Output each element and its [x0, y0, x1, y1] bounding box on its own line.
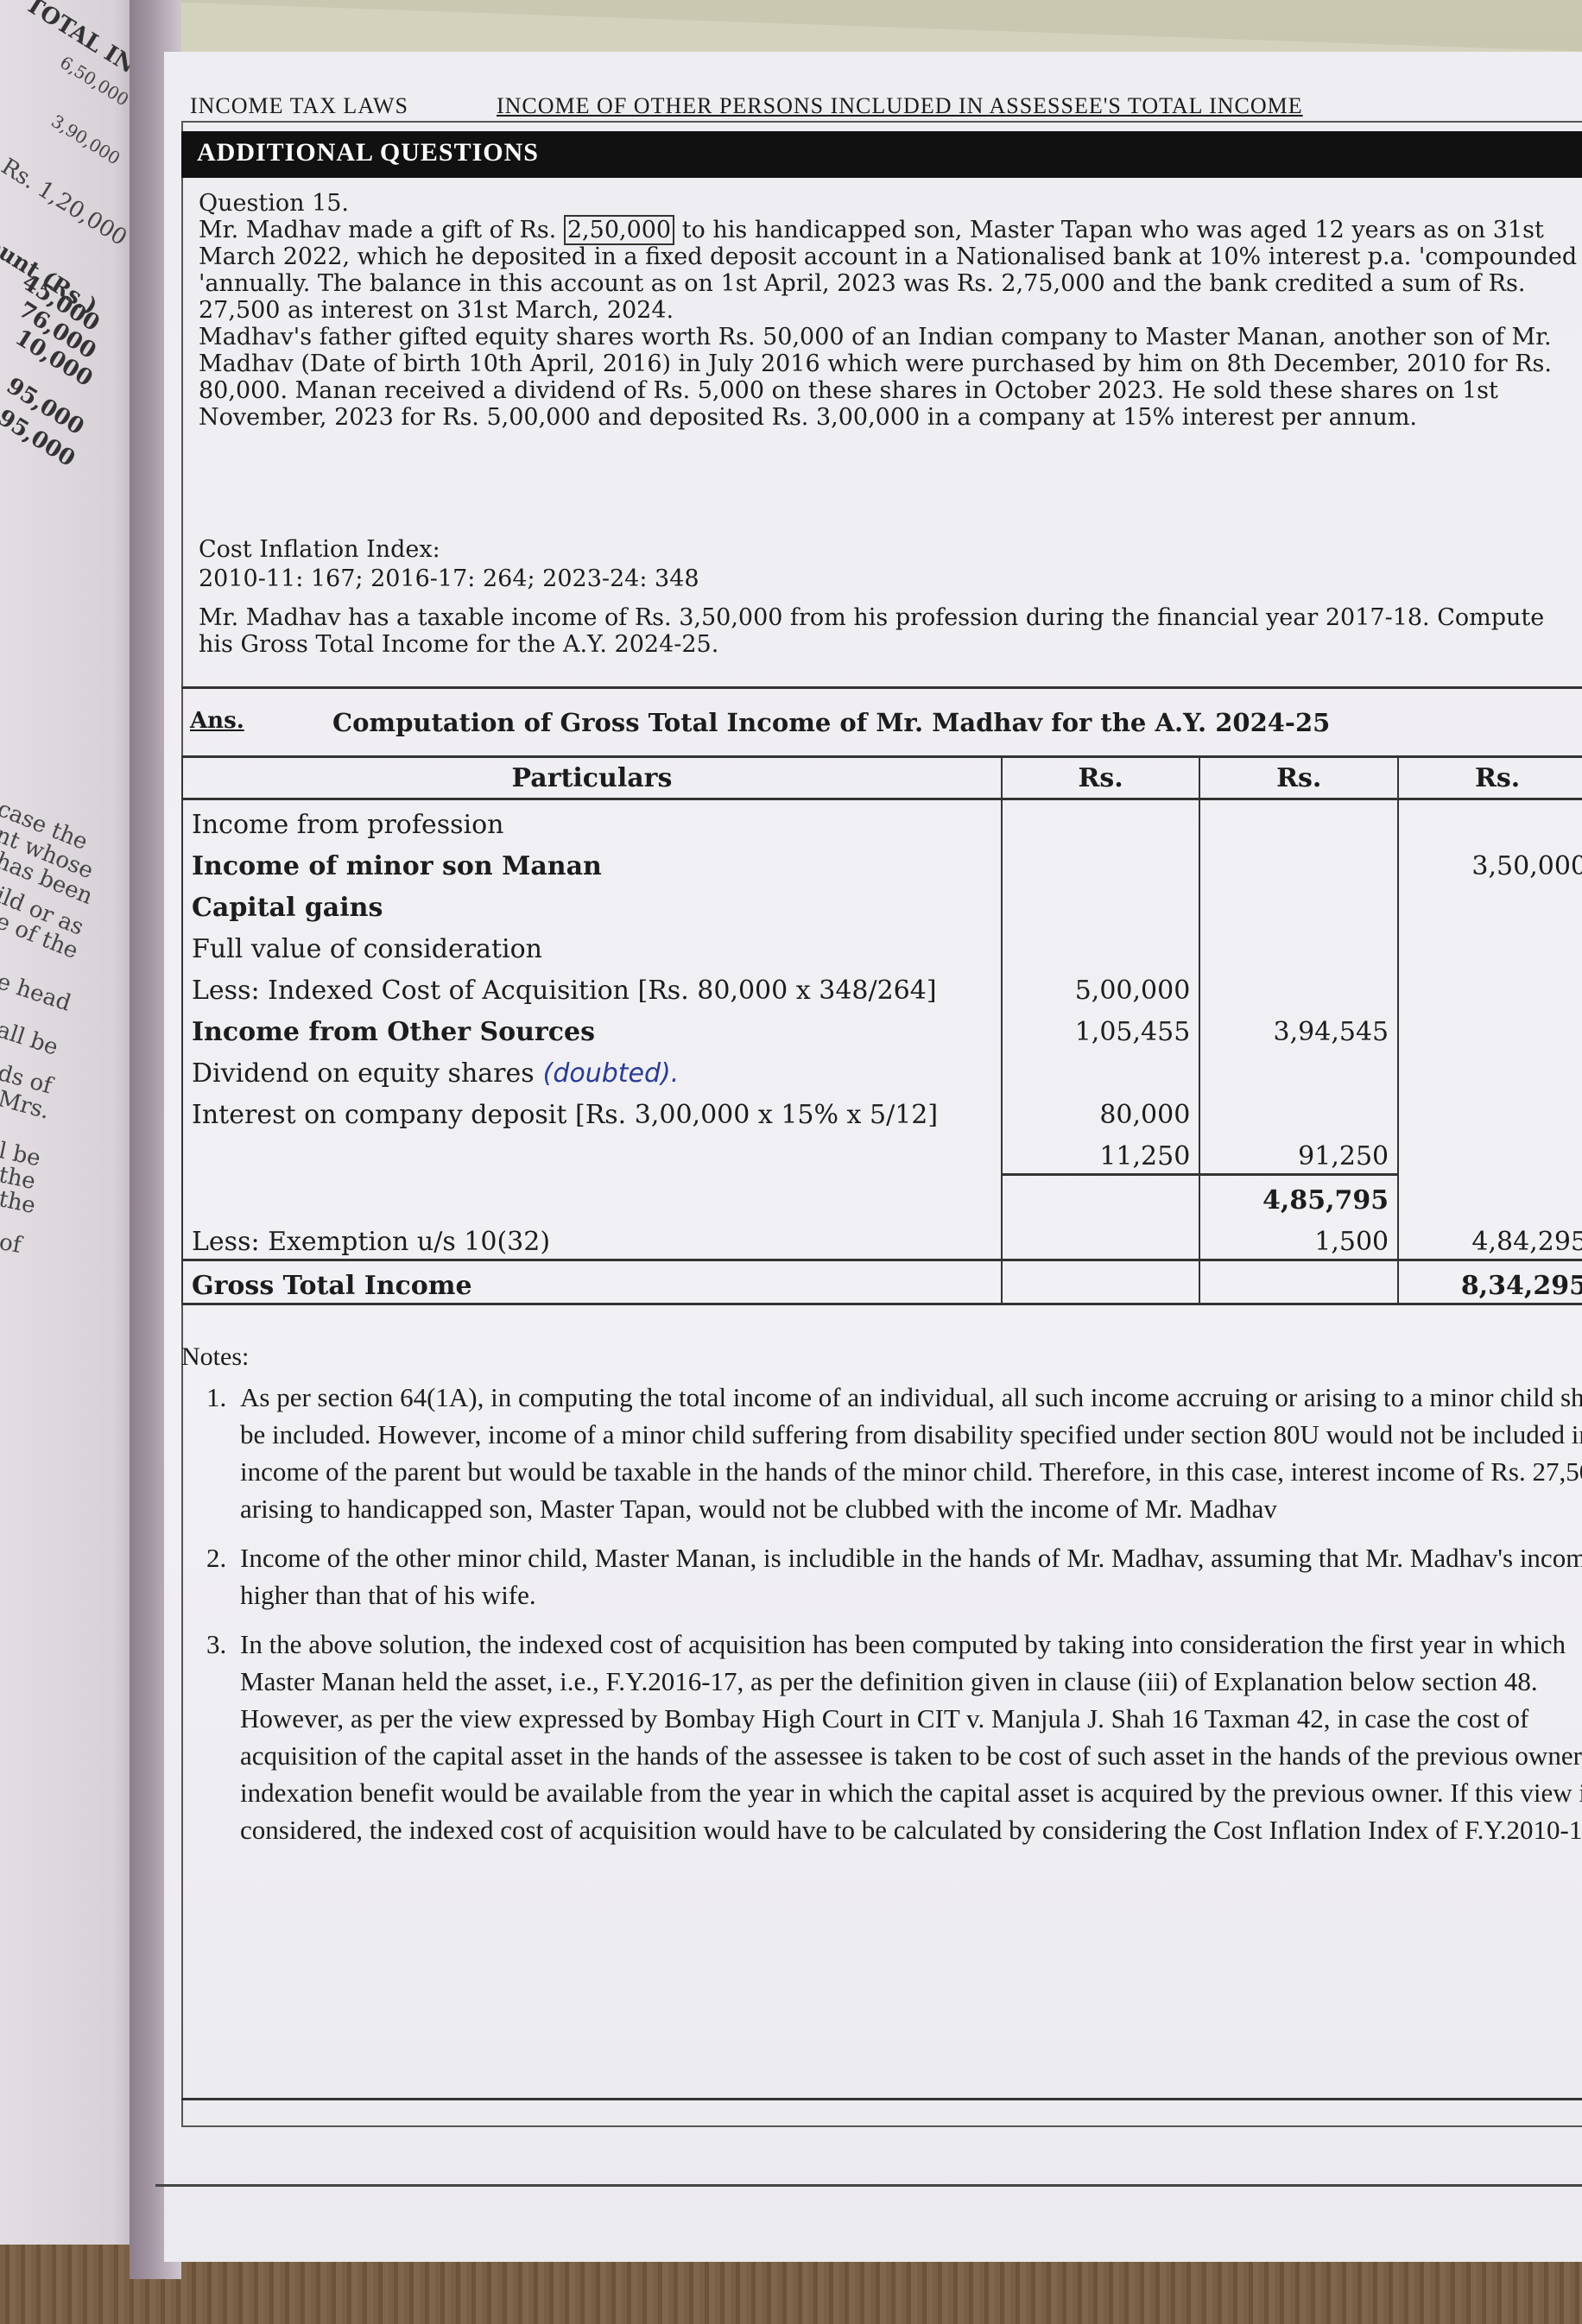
amount-cell: 1,500 [1199, 1217, 1398, 1260]
question-number: Question 15. [199, 190, 1580, 217]
amount-cell [1199, 799, 1398, 843]
table-row: Income from profession [182, 799, 1582, 843]
prev-fragment: of [0, 1229, 23, 1259]
particulars-text: Less: Indexed Cost of Acquisition [Rs. 8… [192, 976, 937, 1006]
table-row: Income of minor son Manan3,50,000 [182, 842, 1582, 883]
table-row: Less: Indexed Cost of Acquisition [Rs. 8… [182, 966, 1582, 1007]
amount-cell [1002, 883, 1199, 925]
note-item: Income of the other minor child, Master … [233, 1539, 1582, 1614]
amount-cell: 91,250 [1199, 1132, 1398, 1175]
question-text: Mr. Madhav made a gift of Rs. [199, 217, 556, 243]
particulars-text: Income from profession [192, 810, 504, 840]
amount-cell [1398, 883, 1582, 925]
amount-cell [1002, 799, 1199, 843]
prev-fragment: e head [0, 969, 74, 1017]
particulars-cell: Dividend on equity shares(doubted). [182, 1049, 1002, 1090]
table-row: 11,25091,250 [182, 1132, 1582, 1175]
particulars-text: Less: Exemption u/s 10(32) [192, 1227, 550, 1257]
table-row: 4,85,795 [182, 1175, 1582, 1218]
amount-cell [1002, 925, 1199, 966]
amount-cell: 4,85,795 [1199, 1175, 1398, 1218]
column-header: Particulars [182, 757, 1002, 799]
particulars-cell [182, 1175, 1002, 1218]
notes-heading: Notes: [181, 1338, 1582, 1375]
amount-cell: 3,50,000 [1398, 842, 1582, 883]
amount-cell [1002, 1049, 1199, 1090]
column-header: Rs. [1002, 757, 1199, 799]
computation-table: Particulars Rs. Rs. Rs. Income from prof… [181, 755, 1582, 1305]
particulars-text: Dividend on equity shares [192, 1058, 535, 1089]
question-para-3: Mr. Madhav has a taxable income of Rs. 3… [199, 604, 1580, 658]
notes-divider [181, 2098, 1582, 2100]
amount-cell [1398, 925, 1582, 966]
table-row: Full value of consideration [182, 925, 1582, 966]
amount-cell [1199, 966, 1398, 1007]
boxed-amount: 2,50,000 [564, 215, 674, 245]
amount-cell [1398, 1007, 1582, 1049]
amount-cell: 1,05,455 [1002, 1007, 1199, 1049]
answer-label: Ans. [190, 708, 244, 734]
amount-cell [1199, 925, 1398, 966]
table-row: Less: Exemption u/s 10(32)1,5004,84,295 [182, 1217, 1582, 1260]
table-header-row: Particulars Rs. Rs. Rs. [182, 757, 1582, 799]
question-block: Question 15. Mr. Madhav made a gift of R… [199, 190, 1580, 431]
amount-cell [1398, 1090, 1582, 1132]
table-row: Dividend on equity shares(doubted). [182, 1049, 1582, 1090]
particulars-text: Income from Other Sources [192, 1017, 595, 1047]
amount-cell [1002, 1175, 1199, 1218]
notes-section: Notes: As per section 64(1A), in computi… [181, 1338, 1582, 1860]
question-para-2: Madhav's father gifted equity shares wor… [199, 324, 1580, 431]
notes-list: As per section 64(1A), in computing the … [181, 1379, 1582, 1848]
table-title: Computation of Gross Total Income of Mr.… [332, 708, 1330, 737]
amount-cell: 11,250 [1002, 1132, 1199, 1175]
total-label: Gross Total Income [182, 1260, 1002, 1304]
amount-cell: 4,84,295 [1398, 1217, 1582, 1260]
particulars-cell: Income from profession [182, 799, 1002, 843]
amount-cell [1199, 883, 1398, 925]
question-para-1: Mr. Madhav made a gift of Rs. 2,50,000 t… [199, 217, 1580, 324]
amount-cell [1398, 966, 1582, 1007]
particulars-cell: Less: Exemption u/s 10(32) [182, 1217, 1002, 1260]
prev-fragment: all be [0, 1017, 61, 1061]
amount-cell [1398, 1132, 1582, 1175]
particulars-cell: Capital gains [182, 883, 1002, 925]
handwritten-annotation: (doubted). [543, 1058, 680, 1089]
amount-cell [1199, 1049, 1398, 1090]
column-header: Rs. [1398, 757, 1582, 799]
amount-cell [1199, 1260, 1398, 1304]
particulars-cell: Income from Other Sources [182, 1007, 1002, 1049]
particulars-text: Full value of consideration [192, 934, 542, 964]
column-header: Rs. [1199, 757, 1398, 799]
amount-cell: 80,000 [1002, 1090, 1199, 1132]
prev-fragment: 3,90,000 [47, 111, 123, 169]
particulars-cell: Less: Indexed Cost of Acquisition [Rs. 8… [182, 966, 1002, 1007]
amount-cell [1199, 842, 1398, 883]
amount-cell [1199, 1090, 1398, 1132]
section-title: ADDITIONAL QUESTIONS [197, 138, 539, 167]
amount-cell: 5,00,000 [1002, 966, 1199, 1007]
particulars-text: Income of minor son Manan [192, 851, 602, 881]
table-row: Capital gains [182, 883, 1582, 925]
cii-values: 2010-11: 167; 2016-17: 264; 2023-24: 348 [199, 565, 699, 594]
amount-cell [1002, 1217, 1199, 1260]
cii-label: Cost Inflation Index: [199, 535, 699, 565]
book-title: INCOME TAX LAWS [190, 93, 408, 119]
amount-cell [1002, 842, 1199, 883]
question-divider [181, 686, 1582, 689]
table-row: Income from Other Sources1,05,4553,94,54… [182, 1007, 1582, 1049]
amount-cell [1398, 799, 1582, 843]
particulars-text: Interest on company deposit [Rs. 3,00,00… [192, 1100, 938, 1130]
footer-rule [155, 2184, 1582, 2187]
total-row: Gross Total Income8,34,295 [182, 1260, 1582, 1304]
particulars-cell: Interest on company deposit [Rs. 3,00,00… [182, 1090, 1002, 1132]
amount-cell [1002, 1260, 1199, 1304]
amount-cell [1398, 1049, 1582, 1090]
amount-cell: 3,94,545 [1199, 1007, 1398, 1049]
grand-total: 8,34,295 [1398, 1260, 1582, 1304]
note-item: As per section 64(1A), in computing the … [233, 1379, 1582, 1527]
amount-cell [1398, 1175, 1582, 1218]
book-page: INCOME TAX LAWS INCOME OF OTHER PERSONS … [164, 52, 1582, 2262]
cost-inflation-index: Cost Inflation Index: 2010-11: 167; 2016… [199, 535, 699, 594]
chapter-title: INCOME OF OTHER PERSONS INCLUDED IN ASSE… [497, 93, 1303, 119]
particulars-cell [182, 1132, 1002, 1175]
particulars-cell: Full value of consideration [182, 925, 1002, 966]
note-item: In the above solution, the indexed cost … [233, 1626, 1582, 1848]
particulars-text: Capital gains [192, 893, 383, 923]
particulars-cell: Income of minor son Manan [182, 842, 1002, 883]
table-row: Interest on company deposit [Rs. 3,00,00… [182, 1090, 1582, 1132]
previous-page: TOTAL INCO 6,50,000 3,90,000 Rs. 1,20,00… [0, 0, 142, 2245]
